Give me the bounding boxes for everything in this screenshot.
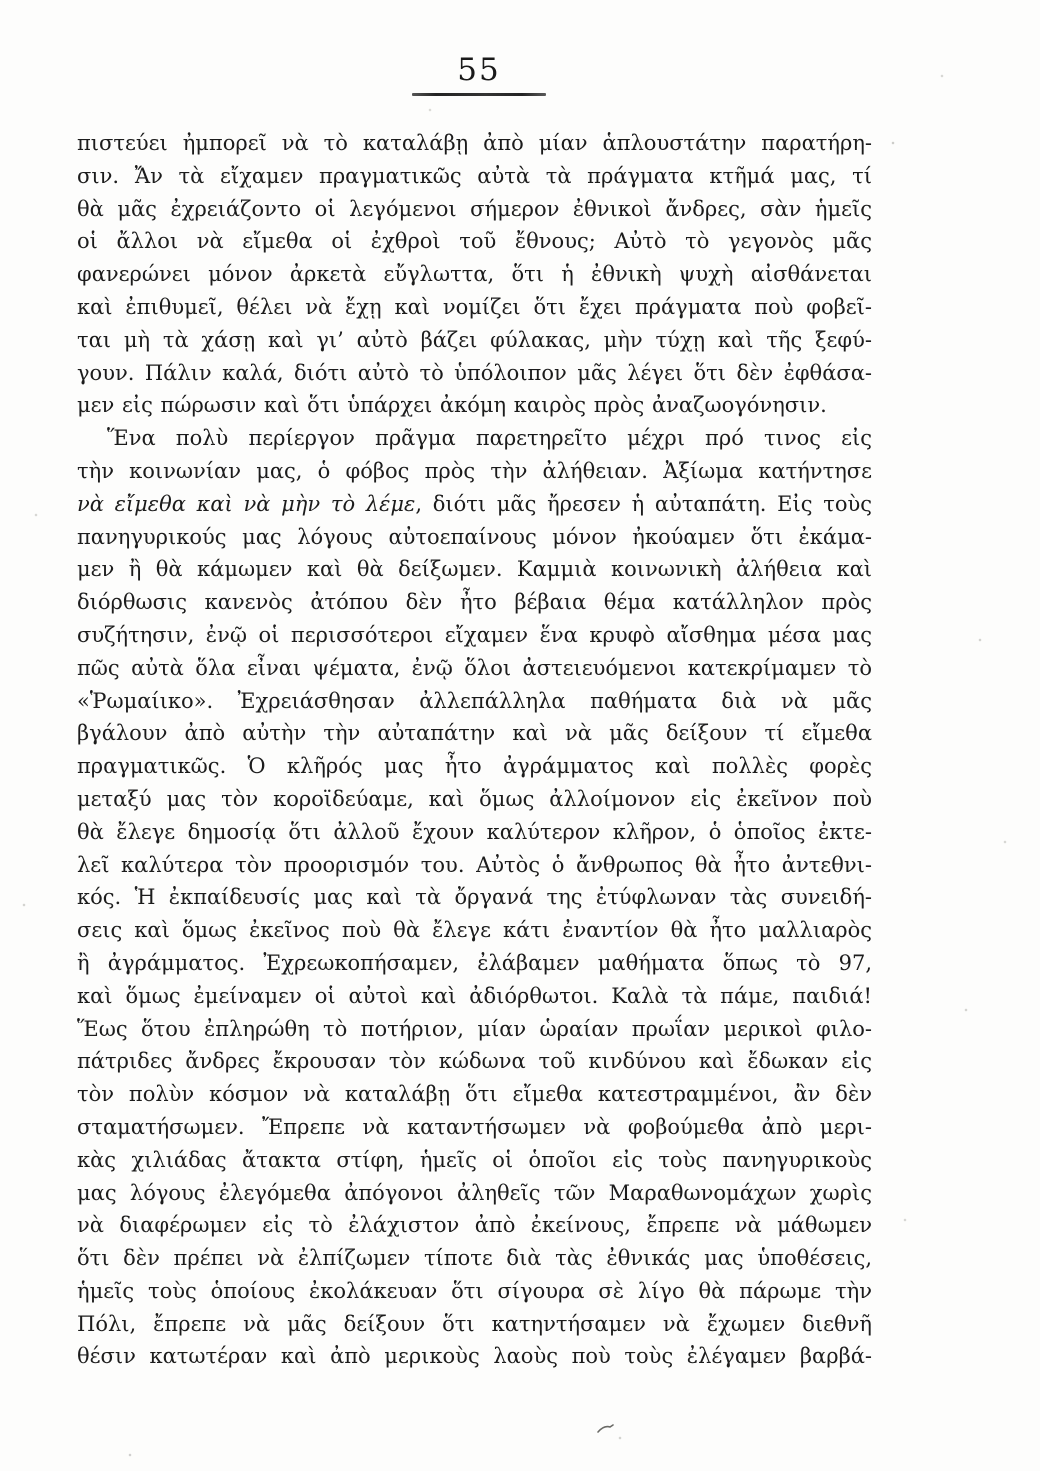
text-line: πραγματικῶς. Ὁ κλῆρός μας ἦτο ἀγράμματος… xyxy=(77,750,872,783)
text-line: κὰς χιλιάδας ἄτακτα στίφη, ἡμεῖς οἱ ὁποῖ… xyxy=(77,1144,872,1177)
text-line: μεν εἰς πώρωσιν καὶ ὅτι ὑπάρχει ἀκόμη κα… xyxy=(77,389,872,422)
text-line: «Ῥωμαίικο». Ἐχρειάσθησαν ἀλλεπάλληλα παθ… xyxy=(77,685,872,718)
text-line: πιστεύει ἠμπορεῖ νὰ τὸ καταλάβῃ ἀπὸ μίαν… xyxy=(77,127,872,160)
text-line: πῶς αὐτὰ ὅλα εἶναι ψέματα, ἐνῷ ὅλοι ἀστε… xyxy=(77,652,872,685)
text-line: πανηγυρικούς μας λόγους αὐτοεπαίνους μόν… xyxy=(77,521,872,554)
text-line: ἢ ἀγράμματος. Ἐχρεωκοπήσαμεν, ἐλάβαμεν μ… xyxy=(77,947,872,980)
text-line: θὰ ἔλεγε δημοσίᾳ ὅτι ἀλλοῦ ἔχουν καλύτερ… xyxy=(77,816,872,849)
page-number: 55 xyxy=(412,52,546,88)
text-line: νὰ διαφέρωμεν εἰς τὸ ἐλάχιστον ἀπὸ ἐκείν… xyxy=(77,1209,872,1242)
text-line: φανερώνει μόνον ἀρκετὰ εὔγλωττα, ὅτι ἡ ἐ… xyxy=(77,258,872,291)
text-line: Πόλι, ἔπρεπε νὰ μᾶς δείξουν ὅτι κατηντήσ… xyxy=(77,1308,872,1341)
text-line: βγάλουν ἀπὸ αὐτὴν τὴν αὐταπάτην καὶ νὰ μ… xyxy=(77,717,872,750)
text-line: λεῖ καλύτερα τὸν προορισμόν του. Αὐτὸς ὁ… xyxy=(77,849,872,882)
text-line: θὰ μᾶς ἐχρειάζοντο οἱ λεγόμενοι σήμερον … xyxy=(77,193,872,226)
text-line: μεταξύ μας τὸν κοροϊδεύαμε, καὶ ὅμως ἀλλ… xyxy=(77,783,872,816)
body-text: πιστεύει ἠμπορεῖ νὰ τὸ καταλάβῃ ἀπὸ μίαν… xyxy=(77,127,872,1373)
text-line: διόρθωσις κανενὸς ἀτόπου δὲν ἦτο βέβαια … xyxy=(77,586,872,619)
text-line: συζήτησιν, ἐνῷ οἱ περισσότεροι εἴχαμεν ἕ… xyxy=(77,619,872,652)
text-line: πάτριδες ἄνδρες ἔκρουσαν τὸν κώδωνα τοῦ … xyxy=(77,1045,872,1078)
text-line: σεις καὶ ὅμως ἐκεῖνος ποὺ θὰ ἔλεγε κάτι … xyxy=(77,914,872,947)
text-line: οἱ ἄλλοι νὰ εἴμεθα οἱ ἐχθροὶ τοῦ ἔθνους;… xyxy=(77,225,872,258)
text-line: μεν ἢ θὰ κάμωμεν καὶ θὰ δείξωμεν. Καμμιὰ… xyxy=(77,553,872,586)
text-line: ὅτι δὲν πρέπει νὰ ἐλπίζωμεν τίποτε διὰ τ… xyxy=(77,1242,872,1275)
text-line: σιν. Ἄν τὰ εἴχαμεν πραγματικῶς αὐτὰ τὰ π… xyxy=(77,160,872,193)
text-line: γουν. Πάλιν καλά, διότι αὐτὸ τὸ ὑπόλοιπο… xyxy=(77,357,872,390)
text-line: καὶ ὅμως ἐμείναμεν οἱ αὐτοὶ καὶ ἀδιόρθωτ… xyxy=(77,980,872,1013)
text-line: σταματήσωμεν. Ἔπρεπε νὰ καταντήσωμεν νὰ … xyxy=(77,1111,872,1144)
text-line: ἡμεῖς τοὺς ὁποίους ἐκολάκευαν ὅτι σίγουρ… xyxy=(77,1275,872,1308)
text-line: τὸν πολὺν κόσμον νὰ καταλάβῃ ὅτι εἴμεθα … xyxy=(77,1078,872,1111)
text-line: μας λόγους ἐλεγόμεθα ἀπόγονοι ἀληθεῖς τῶ… xyxy=(77,1177,872,1210)
text-segment: , διότι μᾶς ἤρεσεν ἡ αὐταπάτη. Εἰς τοὺς xyxy=(415,492,872,516)
text-line: τὴν κοινωνίαν μας, ὁ φόβος πρὸς τὴν ἀλήθ… xyxy=(77,455,872,488)
text-line: θέσιν κατωτέραν καὶ ἀπὸ μερικοὺς λαοὺς π… xyxy=(77,1340,872,1373)
text-line: Ἕνα πολὺ περίεργον πρᾶγμα παρετηρεῖτο μέ… xyxy=(77,422,872,455)
text-line: Ἕως ὅτου ἐπληρώθη τὸ ποτήριον, μίαν ὡραί… xyxy=(77,1013,872,1046)
page-header: 55 xyxy=(412,52,546,96)
text-line: κός. Ἡ ἐκπαίδευσίς μας καὶ τὰ ὄργανά της… xyxy=(77,881,872,914)
page-number-rule xyxy=(412,93,546,96)
text-line: καὶ ἐπιθυμεῖ, θέλει νὰ ἔχῃ καὶ νομίζει ὅ… xyxy=(77,291,872,324)
scanned-book-page: 55 πιστεύει ἠμπορεῖ νὰ τὸ καταλάβῃ ἀπὸ μ… xyxy=(0,0,1040,1471)
emphasized-text: νὰ εἴμεθα καὶ νὰ μὴν τὸ λέμε xyxy=(77,492,415,516)
ink-mark xyxy=(596,1421,618,1435)
text-line: νὰ εἴμεθα καὶ νὰ μὴν τὸ λέμε, διότι μᾶς … xyxy=(77,488,872,521)
text-line: ται μὴ τὰ χάσῃ καὶ γι’ αὐτὸ βάζει φύλακα… xyxy=(77,324,872,357)
